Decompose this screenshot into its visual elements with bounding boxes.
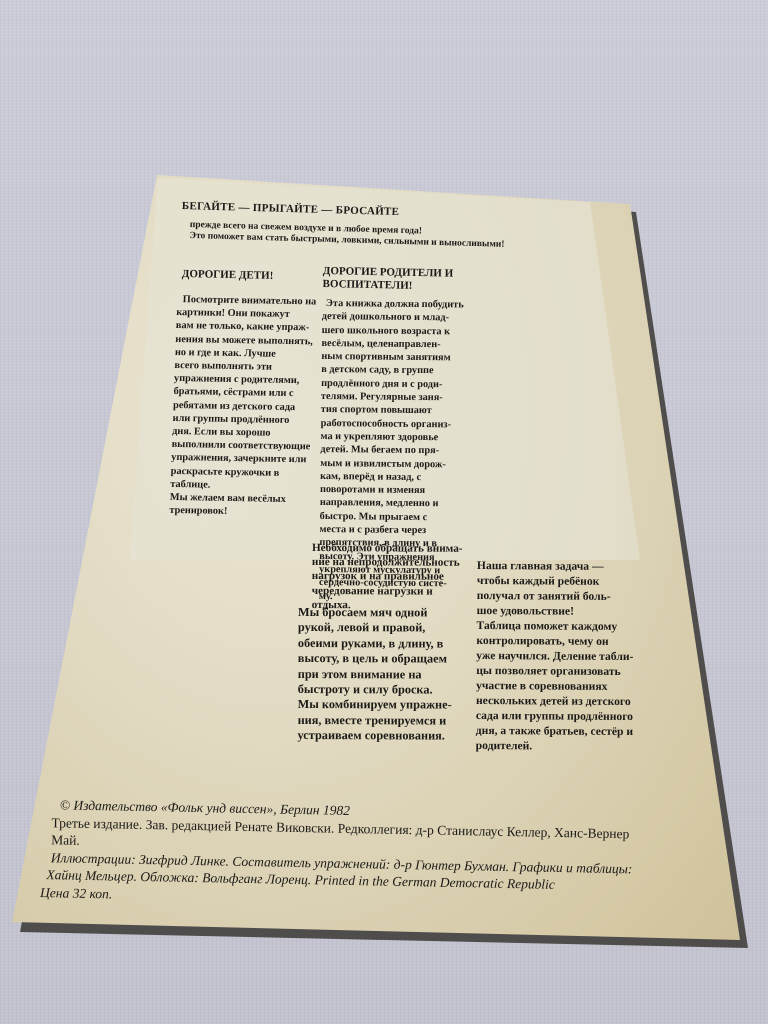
text-line: детей. Мы бегаем по пря- [320,443,462,458]
cover-intro: прежде всего на свежем воздухе и в любое… [189,220,505,251]
text-line: дня, а также братьев, сестёр и [476,723,633,739]
imprint: © Издательство «Фольк унд виссен», Берли… [38,796,634,913]
parents-heading-line: ВОСПИТАТЕЛИ! [322,278,453,294]
text-line: нескольких детей из детского [476,693,633,709]
text-line: ние на непродолжительность [312,555,463,570]
text-line: детей дошкольного и млад- [322,310,464,325]
parents-text-bottom: Мы бросаем мяч однойрукой, левой и право… [298,605,453,744]
text-line: быстроту и силу броска. [298,682,452,698]
cover-title: БЕГАЙТЕ — ПРЫГАЙТЕ — БРОСАЙТЕ [182,200,400,218]
text-line: чередование нагрузки и [312,584,463,599]
parents-heading: ДОРОГИЕ РОДИТЕЛИ И ВОСПИТАТЕЛИ! [322,265,453,294]
text-line: сада или группы продлённого [476,708,633,724]
text-line: цы позволяет организовать [476,663,633,679]
text-line: участие в соревнованиях [476,678,633,694]
children-heading: ДОРОГИЕ ДЕТИ! [182,268,274,283]
text-line: в детском саду, в группе [321,363,463,378]
parents-text-middle: Необходимо обращать внима-ние на непродо… [312,541,463,613]
text-line: Таблица поможет каждому [476,618,633,634]
text-line: при этом внимание на [298,667,452,683]
text-line: ния, вместе тренируемся и [298,713,452,729]
text-line: Необходимо обращать внима- [312,541,463,556]
text-line: устраиваем соревнования. [298,728,452,744]
text-line: тия спортом повышают [321,403,463,418]
text-line: чтобы каждый ребёнок [477,573,634,589]
text-line: шое удовольствие! [477,603,634,619]
text-line: Мы бросаем мяч одной [298,605,452,621]
text-line: мым и извилистым дорож- [320,457,462,472]
text-line: Наша главная задача — [477,558,634,574]
text-line: родителей. [476,738,633,754]
text-line: получал от занятий боль- [477,588,634,604]
goal-text: Наша главная задача —чтобы каждый ребёно… [476,558,635,754]
text-line: тренировок! [169,504,309,520]
text-line: обеими руками, в длину, в [298,636,452,652]
text-line: контролировать, чему он [476,633,633,649]
children-text: Посмотрите внимательно накартинки! Они п… [169,293,316,520]
text-line: рукой, левой и правой, [298,620,452,636]
text-line: Мы комбинируем упражне- [298,697,452,713]
text-line: направления, медленно и [320,496,462,511]
text-line: высоту, в цель и обращаем [298,651,452,667]
text-line: нагрузок и на правильное [312,569,463,584]
text-line: шего школьного возраста к [322,324,464,339]
cover-content: БЕГАЙТЕ — ПРЫГАЙТЕ — БРОСАЙТЕ прежде все… [0,0,768,1024]
text-line: уже научился. Деление табли- [476,648,633,664]
